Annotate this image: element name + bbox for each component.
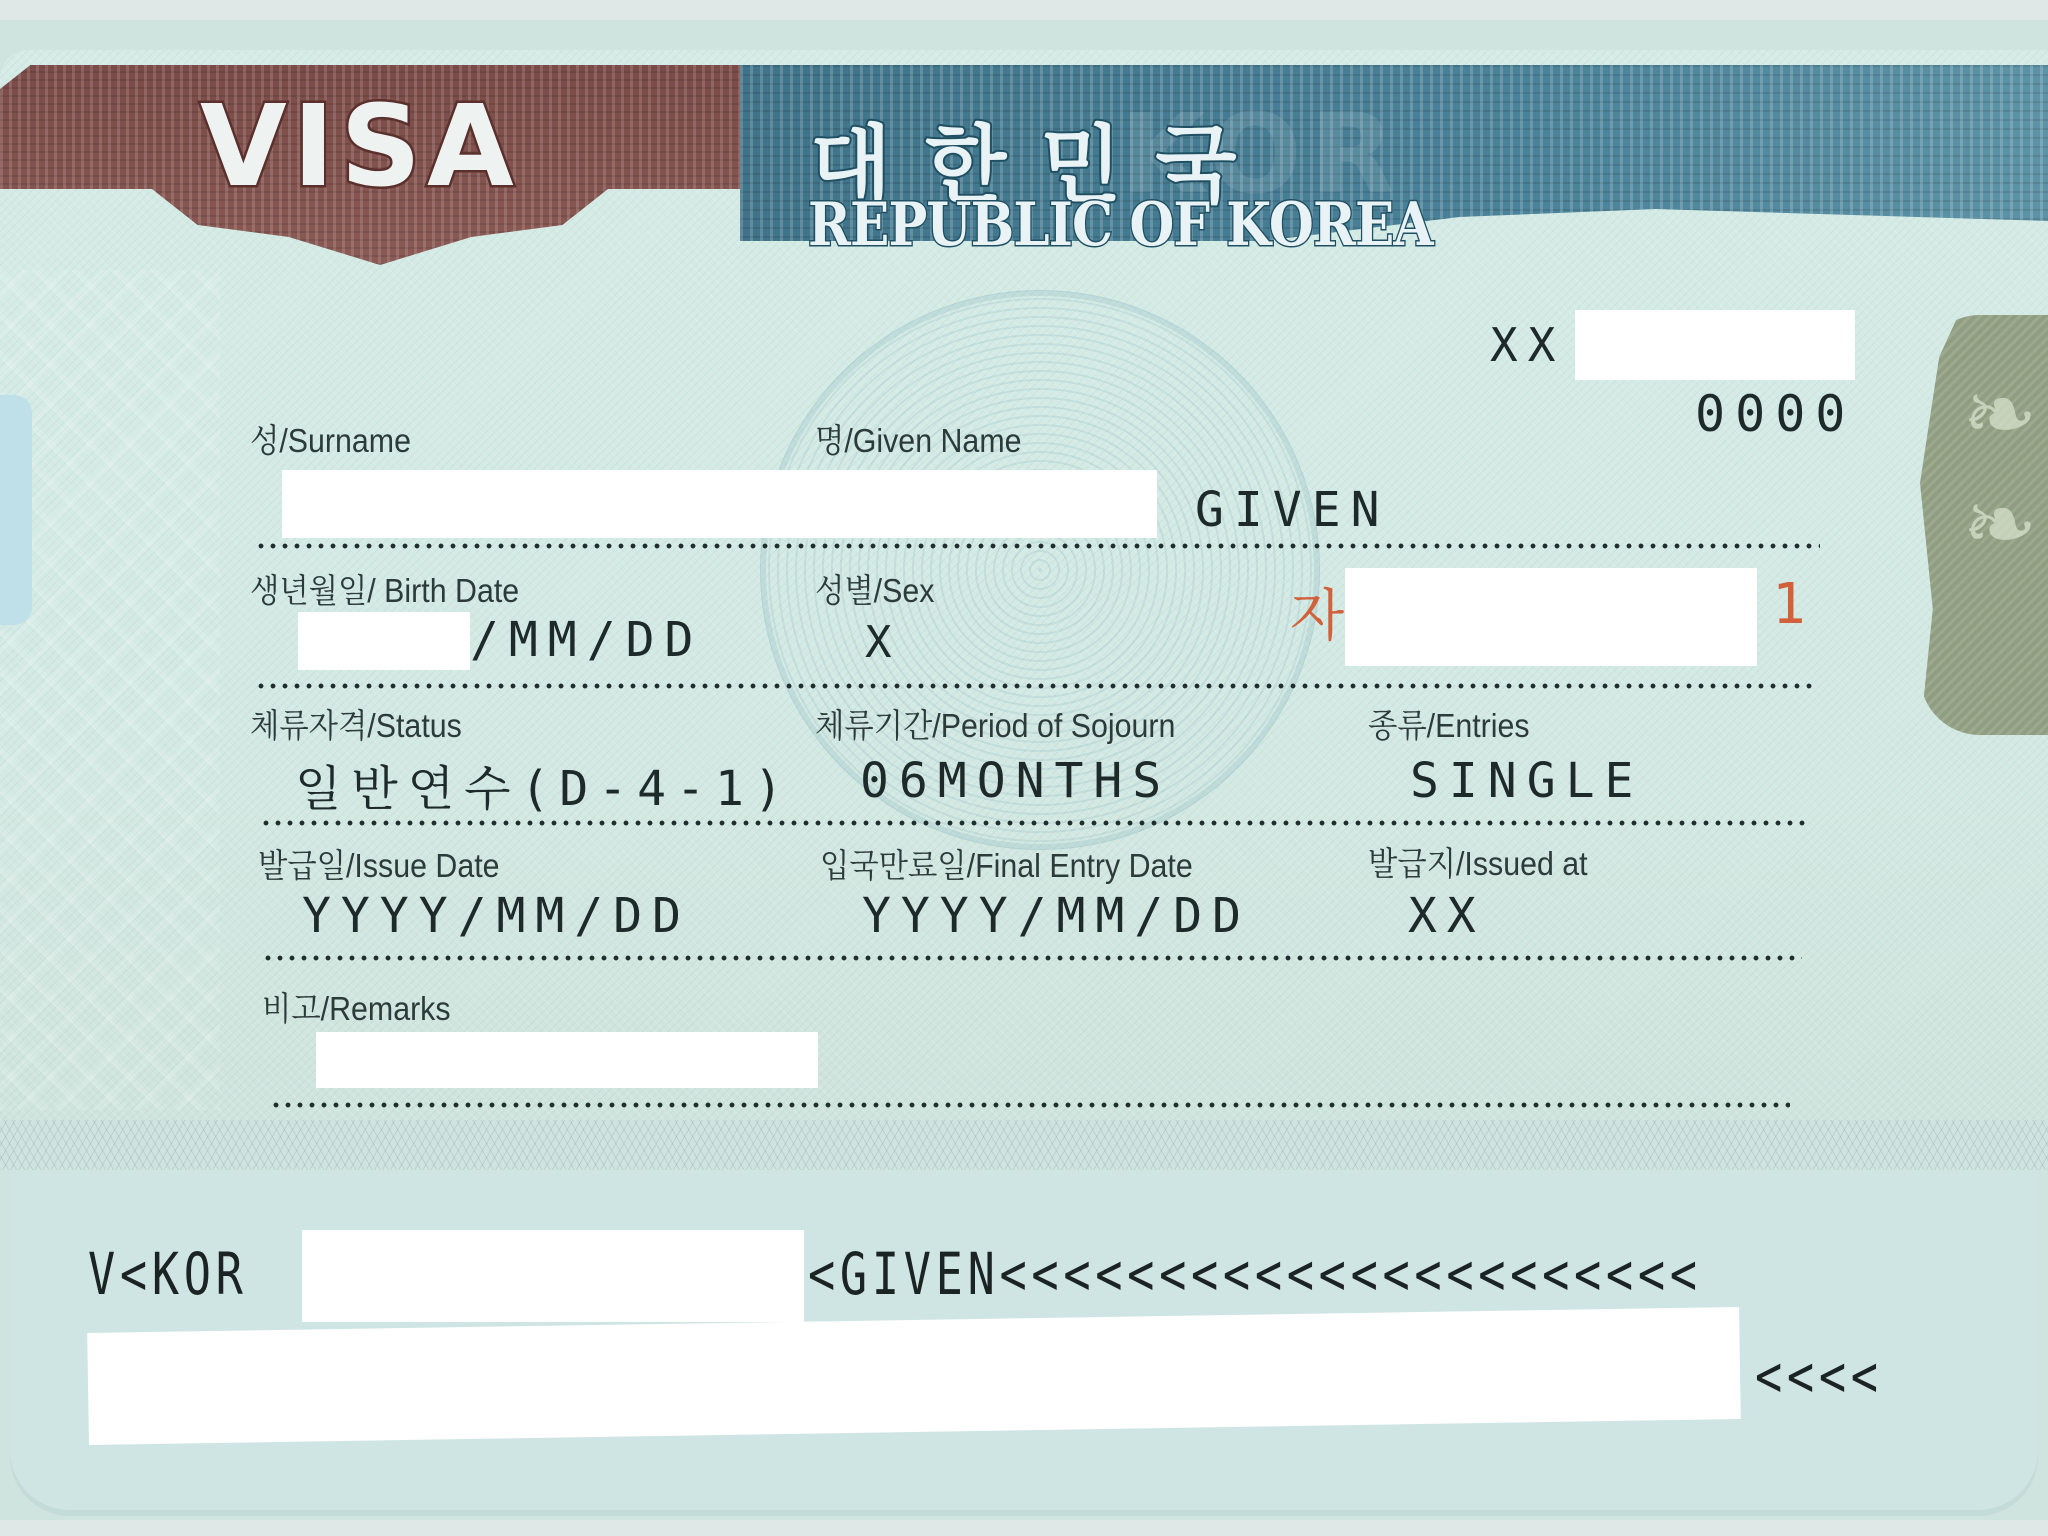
- country-name-english: REPUBLIC OF KOREA: [808, 190, 1433, 260]
- given-name-value: GIVEN: [1195, 482, 1390, 538]
- mrz-line-2-suffix: <<<<: [1755, 1342, 1883, 1410]
- given-name-label: 명/Given Name: [815, 415, 1021, 462]
- passport-page: VISA KOR 대한민국 REPUBLIC OF KOREA ❧❧ XX 00…: [0, 20, 2048, 1520]
- issue-date-label: 발급일/Issue Date: [258, 840, 500, 887]
- control-stamp-right: 1: [1772, 572, 1806, 637]
- period-label: 체류기간/Period of Sojourn: [815, 700, 1175, 747]
- redaction-bar: [1345, 568, 1757, 666]
- redaction-bar: [298, 612, 470, 670]
- issued-at-value: XX: [1408, 888, 1486, 944]
- field-divider: [255, 543, 1820, 549]
- guilloche-strip: [0, 1120, 2048, 1170]
- entries-value: SINGLE: [1410, 753, 1643, 809]
- mrz-line-1-prefix: V<KOR: [88, 1240, 248, 1308]
- period-value: 06MONTHS: [860, 753, 1171, 809]
- redaction-bar: [302, 1230, 804, 1322]
- field-divider: [270, 1102, 1790, 1108]
- entries-label: 종류/Entries: [1368, 700, 1530, 747]
- sex-value: X: [865, 617, 902, 668]
- status-label: 체류자격/Status: [250, 700, 462, 747]
- visa-title: VISA: [200, 82, 520, 212]
- field-divider: [262, 955, 1802, 961]
- surname-label: 성/Surname: [250, 415, 411, 462]
- control-stamp-left: 자: [1290, 572, 1344, 652]
- final-entry-date-label: 입국만료일/Final Entry Date: [820, 840, 1193, 887]
- issue-date-value: YYYY/MM/DD: [302, 888, 691, 944]
- fret-pattern: [0, 270, 220, 1110]
- issued-at-label: 발급지/Issued at: [1368, 838, 1588, 885]
- remarks-label: 비고/Remarks: [262, 983, 451, 1030]
- document-number-suffix: 0000: [1695, 385, 1855, 443]
- final-entry-date-value: YYYY/MM/DD: [862, 888, 1251, 944]
- redaction-bar: [1575, 310, 1855, 380]
- document-number-prefix: XX: [1490, 318, 1565, 372]
- status-value: 일반연수(D-4-1): [295, 750, 793, 819]
- redaction-bar: [282, 470, 1157, 538]
- birth-date-value: /MM/DD: [470, 612, 703, 668]
- sex-label: 성별/Sex: [815, 565, 934, 612]
- page-edge-tab: [0, 395, 32, 625]
- field-divider: [260, 820, 1810, 826]
- redaction-bar: [316, 1032, 818, 1088]
- swirl-pattern-icon: ❧❧: [1955, 360, 2045, 580]
- mrz-line-1-suffix: <GIVEN<<<<<<<<<<<<<<<<<<<<<<: [808, 1240, 1702, 1308]
- field-divider: [255, 683, 1815, 689]
- birth-date-label: 생년월일/ Birth Date: [250, 565, 519, 612]
